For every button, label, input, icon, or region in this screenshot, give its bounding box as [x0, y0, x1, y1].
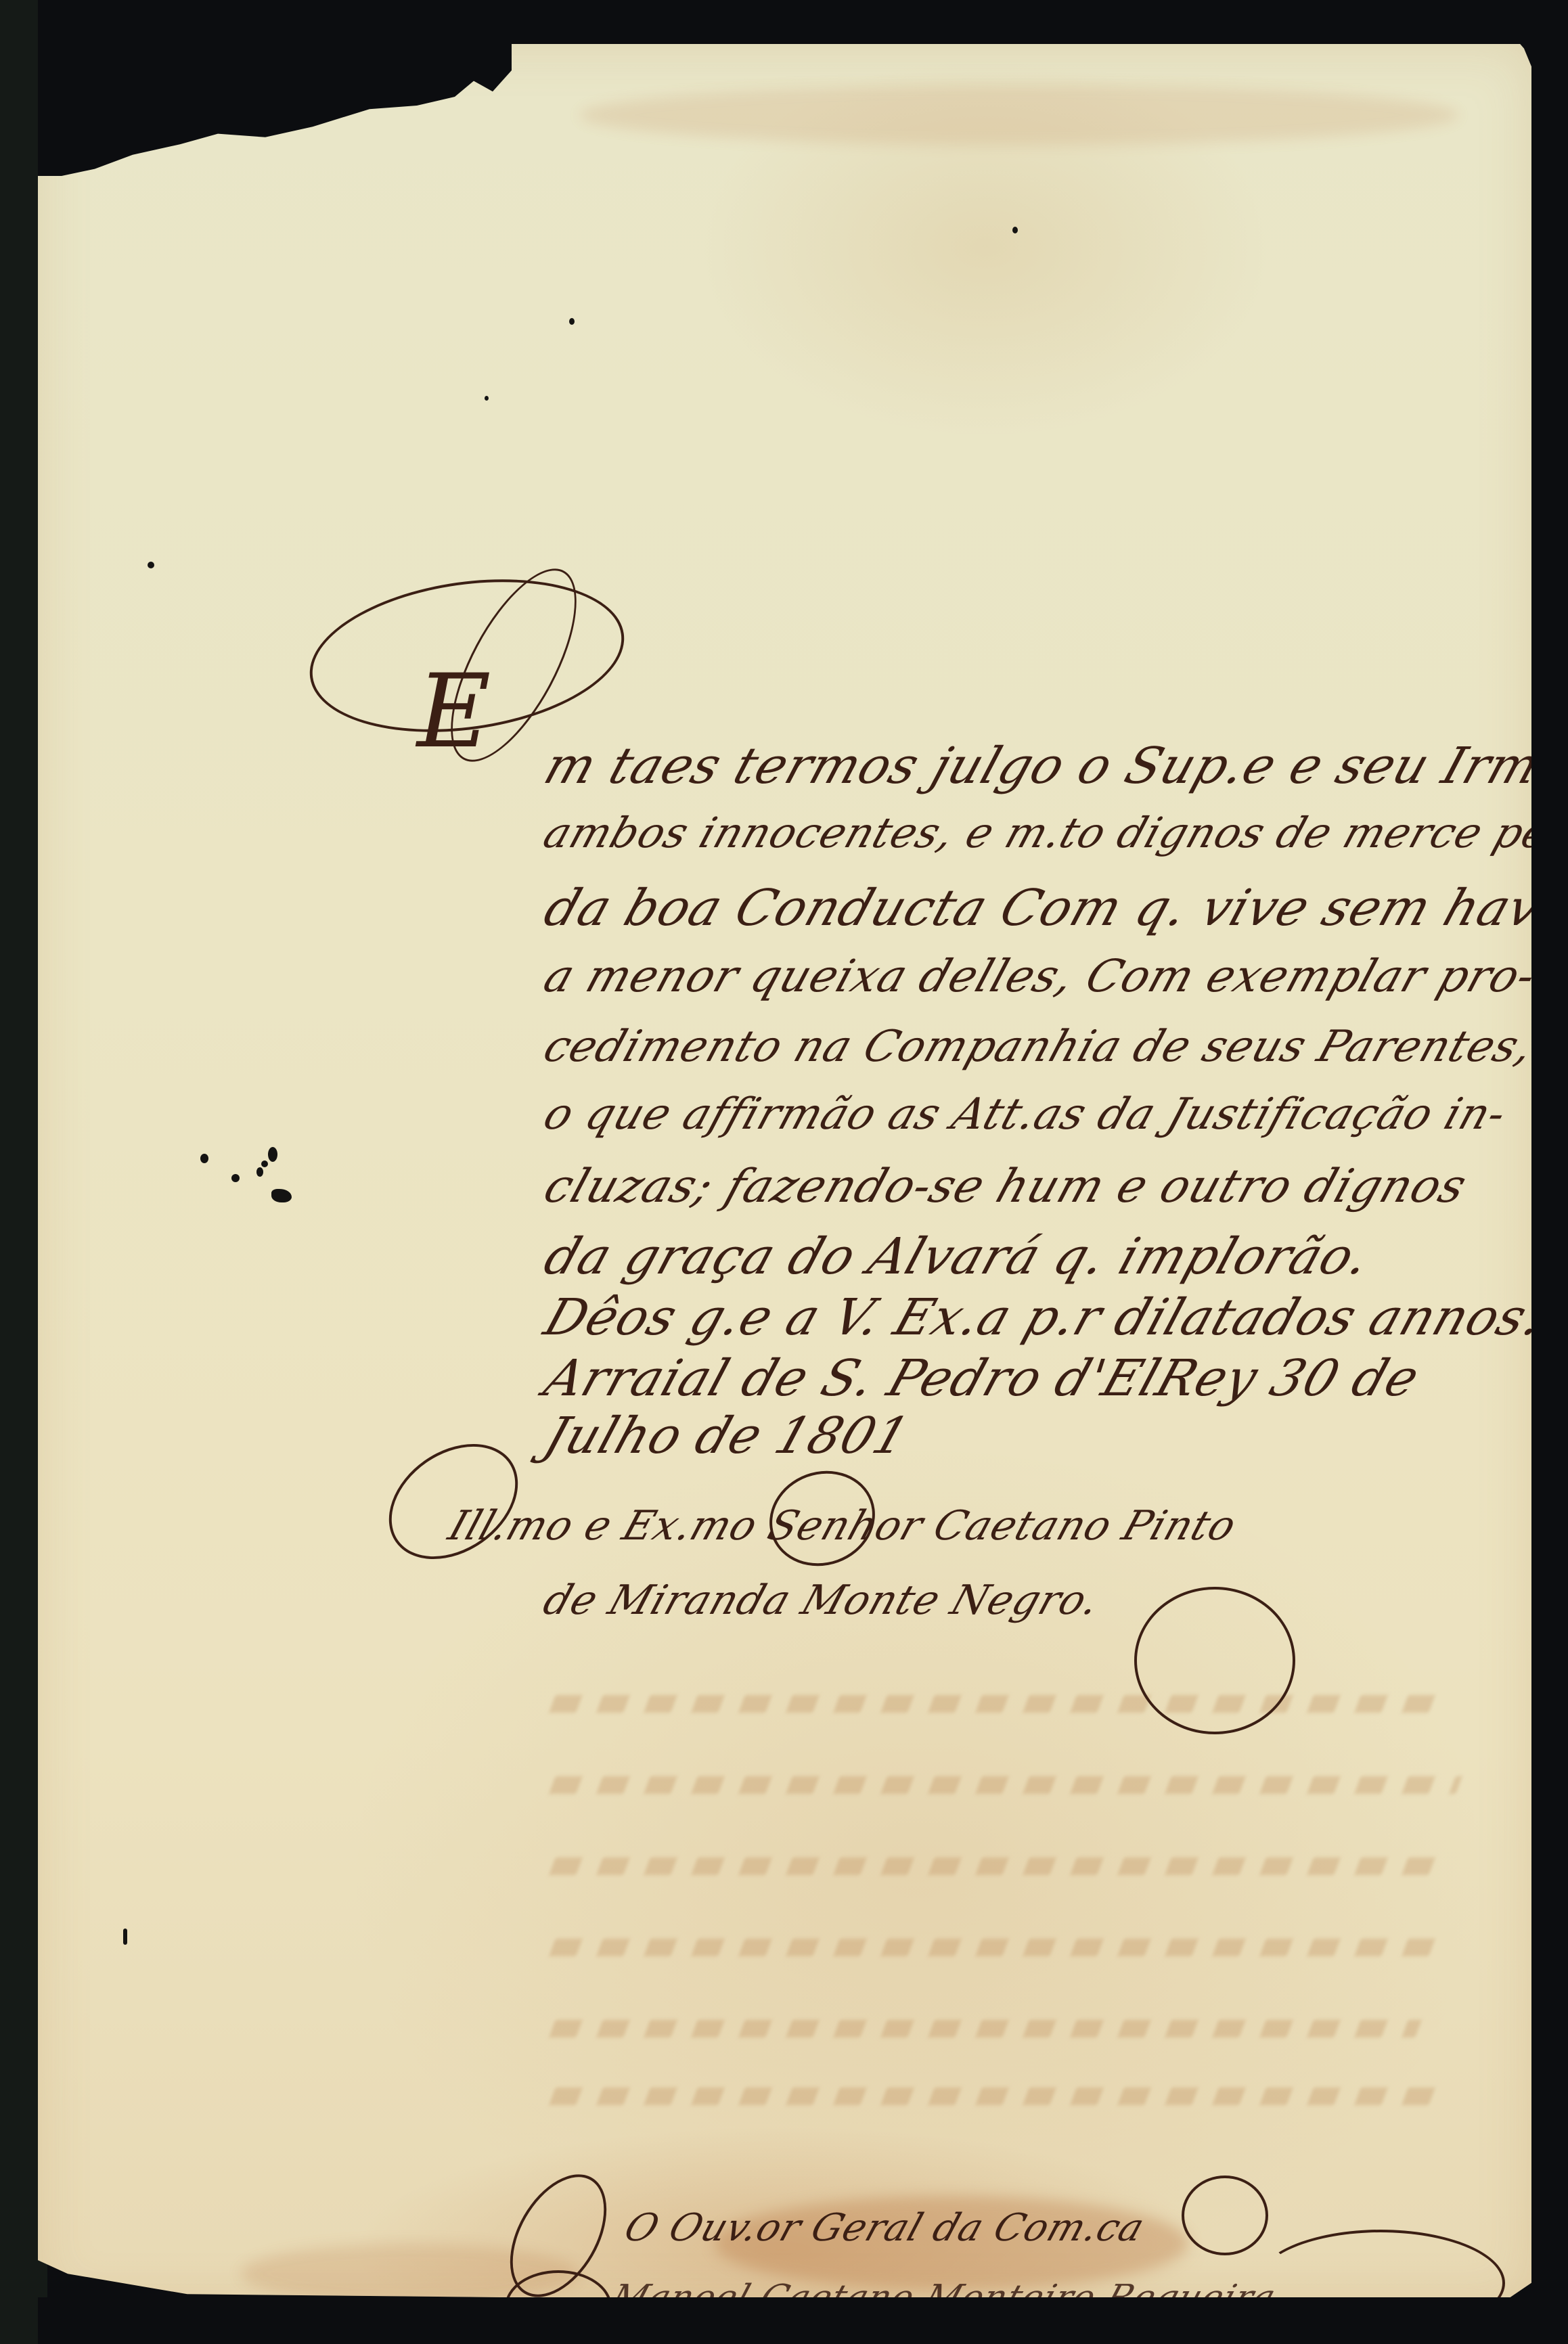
ink-spot: [123, 1929, 127, 1945]
bleed-through-text: [549, 1776, 1462, 1794]
body-line-8: da graça do Alvará q. implorão.: [539, 1232, 1376, 1282]
addressee-line-2: de Miranda Monte Negro.: [539, 1580, 1105, 1621]
ink-spot: [200, 1154, 208, 1163]
ink-spot: [148, 562, 154, 568]
body-line-7: cluzas; fazendo-se hum e outro dignos: [539, 1164, 1472, 1210]
addressee-flourish-loop: [1134, 1587, 1295, 1734]
fold-stain: [579, 85, 1459, 145]
closing-line: Dêos g.e a V. Ex.a p.r dilatados annos.: [539, 1292, 1550, 1343]
date-line: Julho de 1801: [539, 1411, 916, 1461]
manuscript-page: E m taes termos julgo o Sup.e e seu Irm.…: [38, 44, 1531, 2305]
ink-spot: [256, 1167, 263, 1177]
ink-spot: [261, 1160, 268, 1167]
body-line-5: cedimento na Companhia de seus Parentes,: [539, 1025, 1539, 1068]
bleed-through-text: [549, 2020, 1421, 2037]
ink-spot: [271, 1189, 292, 1202]
ink-spot: [231, 1174, 240, 1182]
body-line-6: o que affirmão as Att.as da Justificação…: [539, 1093, 1512, 1136]
bleed-through-text: [549, 2088, 1435, 2105]
body-line-4: a menor queixa delles, Com exemplar pro-: [539, 954, 1542, 999]
addressee-line-1: Ill.mo e Ex.mo Senhor Caetano Pinto: [444, 1506, 1241, 1546]
initial-letter: E: [417, 653, 492, 771]
place-line: Arraial de S. Pedro d'ElRey 30 de: [539, 1353, 1425, 1403]
ink-spot: [1012, 227, 1018, 233]
body-line-3: da boa Conducta Com q. vive sem haver: [539, 883, 1568, 933]
signature-line-1: O Ouv.or Geral da Com.ca: [620, 2209, 1149, 2247]
body-line-1: m taes termos julgo o Sup.e e seu Irm.o: [539, 741, 1568, 791]
bleed-through-text: [549, 1939, 1448, 1956]
torn-bottom-edge: [38, 2297, 1531, 2344]
ink-spot: [268, 1147, 277, 1162]
ink-spot: [569, 318, 575, 325]
bleed-through-text: [549, 1857, 1435, 1875]
signature-flourish-loop: [1182, 2176, 1268, 2255]
body-line-2: ambos innocentes, e m.to dignos de merce…: [539, 812, 1568, 854]
addressee-flourish-loop: [367, 1420, 539, 1583]
bleed-through-text: [549, 1695, 1435, 1713]
ink-spot: [485, 396, 489, 401]
